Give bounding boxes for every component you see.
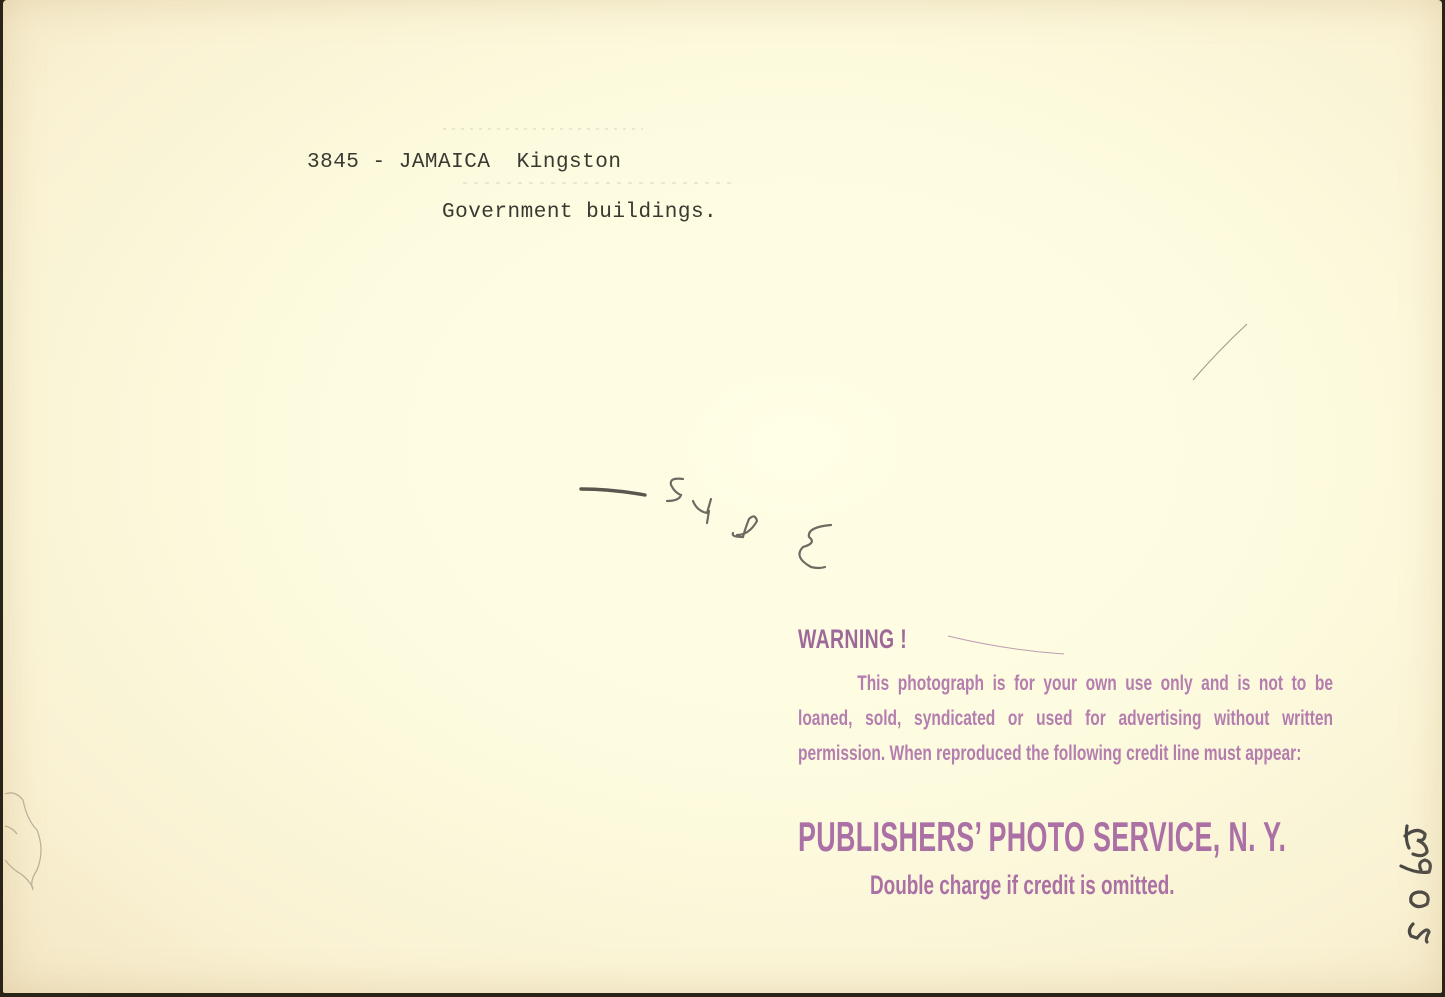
stamp-credit-line: PUBLISHERS’ PHOTO SERVICE, N. Y. — [798, 813, 1286, 861]
handwritten-pencil-number — [571, 465, 861, 580]
ghost-type-marks-2 — [463, 178, 733, 188]
handwritten-edge-number — [1395, 818, 1435, 946]
typed-caption-title: 3845 - JAMAICA Kingston — [307, 151, 621, 174]
copyright-warning-stamp: WARNING ! This photograph is for your ow… — [798, 620, 1333, 771]
stamp-double-charge-note: Double charge if credit is omitted. — [870, 870, 1175, 901]
ghost-type-marks — [443, 124, 643, 134]
typed-caption-subtitle: Government buildings. — [442, 201, 717, 224]
pencil-stroke-mark — [1189, 320, 1253, 386]
stamp-smudge-line — [946, 630, 1066, 660]
paper-crack-edge — [3, 770, 63, 930]
photo-back-paper: 3845 - JAMAICA Kingston Government build… — [3, 0, 1442, 993]
stamp-warning-body: This photograph is for your own use only… — [798, 666, 1333, 771]
